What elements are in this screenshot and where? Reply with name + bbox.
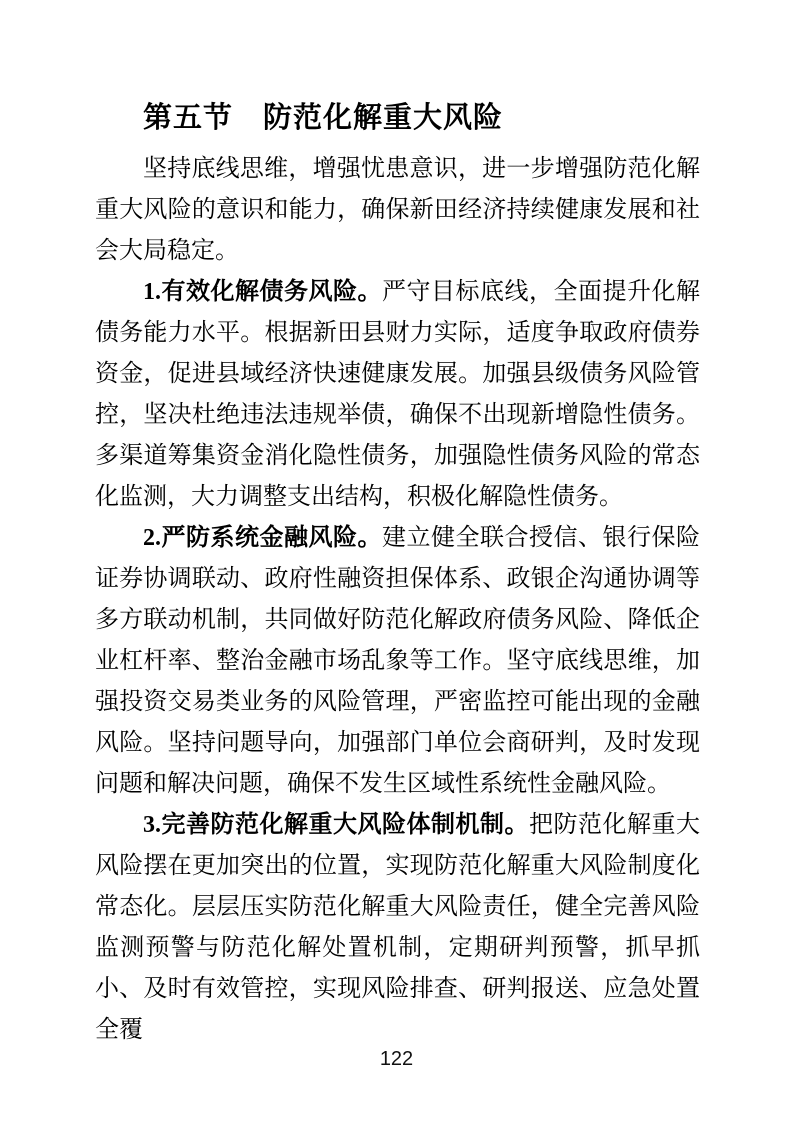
paragraph-lead: 1.有效化解债务风险。 <box>143 279 382 305</box>
paragraph-lead: 2.严防系统金融风险。 <box>143 525 382 551</box>
paragraph: 2.严防系统金融风险。建立健全联合授信、银行保险证券协调联动、政府性融资担保体系… <box>95 518 700 805</box>
page-content: 第五节 防范化解重大风险 坚持底线思维，增强忧患意识，进一步增强防范化解重大风险… <box>95 0 700 1051</box>
paragraph-text: 建立健全联合授信、银行保险证券协调联动、政府性融资担保体系、政银企沟通协调等多方… <box>95 525 700 797</box>
paragraphs: 坚持底线思维，增强忧患意识，进一步增强防范化解重大风险的意识和能力，确保新田经济… <box>95 149 700 1051</box>
paragraph-text: 严守目标底线，全面提升化解债务能力水平。根据新田县财力实际，适度争取政府债券资金… <box>95 279 700 510</box>
paragraph-text: 坚持底线思维，增强忧患意识，进一步增强防范化解重大风险的意识和能力，确保新田经济… <box>95 156 700 264</box>
paragraph-lead: 3.完善防范化解重大风险体制机制。 <box>143 812 529 838</box>
document-page: 第五节 防范化解重大风险 坚持底线思维，增强忧患意识，进一步增强防范化解重大风险… <box>0 0 793 1122</box>
paragraph: 1.有效化解债务风险。严守目标底线，全面提升化解债务能力水平。根据新田县财力实际… <box>95 272 700 518</box>
paragraph: 坚持底线思维，增强忧患意识，进一步增强防范化解重大风险的意识和能力，确保新田经济… <box>95 149 700 272</box>
paragraph-text: 把防范化解重大风险摆在更加突出的位置，实现防范化解重大风险制度化常态化。层层压实… <box>95 812 700 1043</box>
page-title: 第五节 防范化解重大风险 <box>95 98 700 138</box>
page-number: 122 <box>0 1048 793 1071</box>
paragraph: 3.完善防范化解重大风险体制机制。把防范化解重大风险摆在更加突出的位置，实现防范… <box>95 805 700 1051</box>
